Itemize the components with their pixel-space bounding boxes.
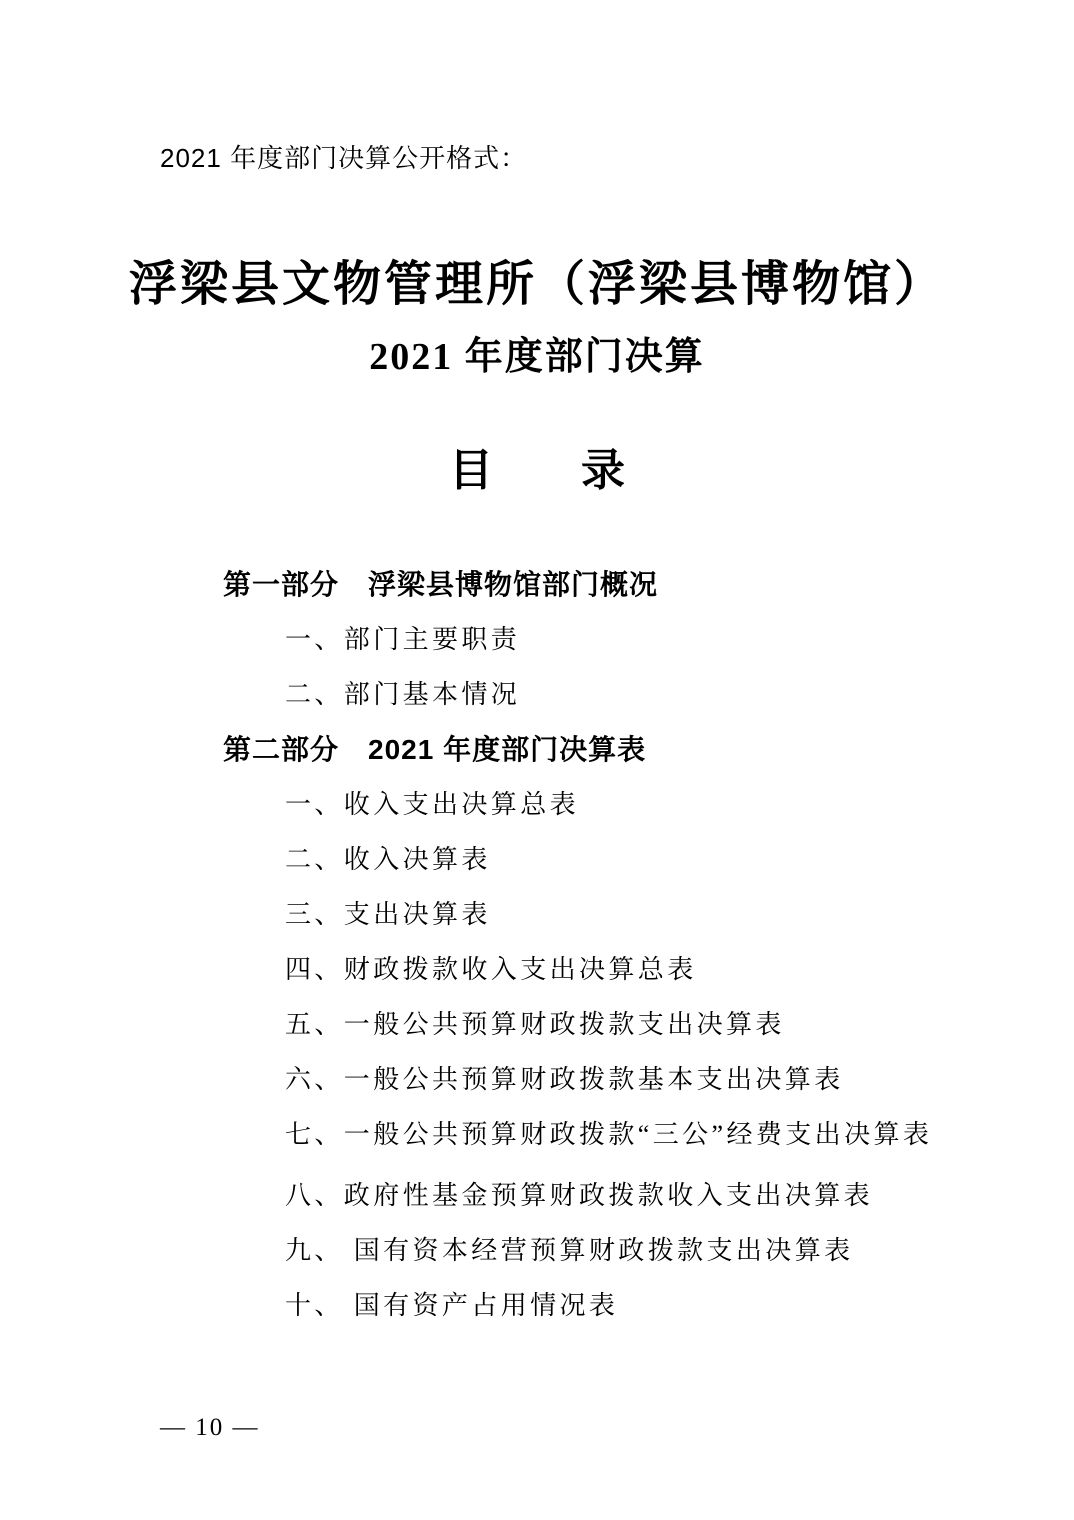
toc-item-part2-2: 二、收入决算表 [228, 832, 934, 887]
toc-item-part2-8: 八、政府性基金预算财政拨款收入支出决算表 [228, 1168, 934, 1223]
table-of-contents: 第一部分 浮梁县博物馆部门概况 一、部门主要职责 二、部门基本情况 第二部分 2… [228, 557, 934, 1333]
page-number: — 10 — [160, 1414, 260, 1442]
toc-item-part1-2: 二、部门基本情况 [228, 667, 934, 722]
toc-item-part1-1: 一、部门主要职责 [228, 612, 934, 667]
toc-item-part2-5: 五、一般公共预算财政拨款支出决算表 [228, 997, 934, 1052]
document-title: 浮梁县文物管理所（浮梁县博物馆） [0, 256, 1074, 314]
toc-part1-heading: 第一部分 浮梁县博物馆部门概况 [223, 557, 934, 612]
toc-item-part2-10: 十、 国有资产占用情况表 [228, 1278, 934, 1333]
toc-item-part2-7: 七、一般公共预算财政拨款“三公”经费支出决算表 [228, 1107, 934, 1162]
document-subtitle: 2021 年度部门决算 [0, 332, 1074, 382]
toc-item-part2-6: 六、一般公共预算财政拨款基本支出决算表 [228, 1052, 934, 1107]
toc-item-part2-3: 三、支出决算表 [228, 887, 934, 942]
document-page: 2021 年度部门决算公开格式： 浮梁县文物管理所（浮梁县博物馆） 2021 年… [0, 0, 1074, 1520]
toc-part2-heading: 第二部分 2021 年度部门决算表 [223, 722, 934, 777]
toc-item-part2-1: 一、收入支出决算总表 [228, 777, 934, 832]
toc-title: 目 录 [0, 444, 1074, 498]
toc-item-part2-4: 四、财政拨款收入支出决算总表 [228, 942, 934, 997]
header-note: 2021 年度部门决算公开格式： [160, 138, 527, 175]
toc-item-part2-9: 九、 国有资本经营预算财政拨款支出决算表 [228, 1223, 934, 1278]
